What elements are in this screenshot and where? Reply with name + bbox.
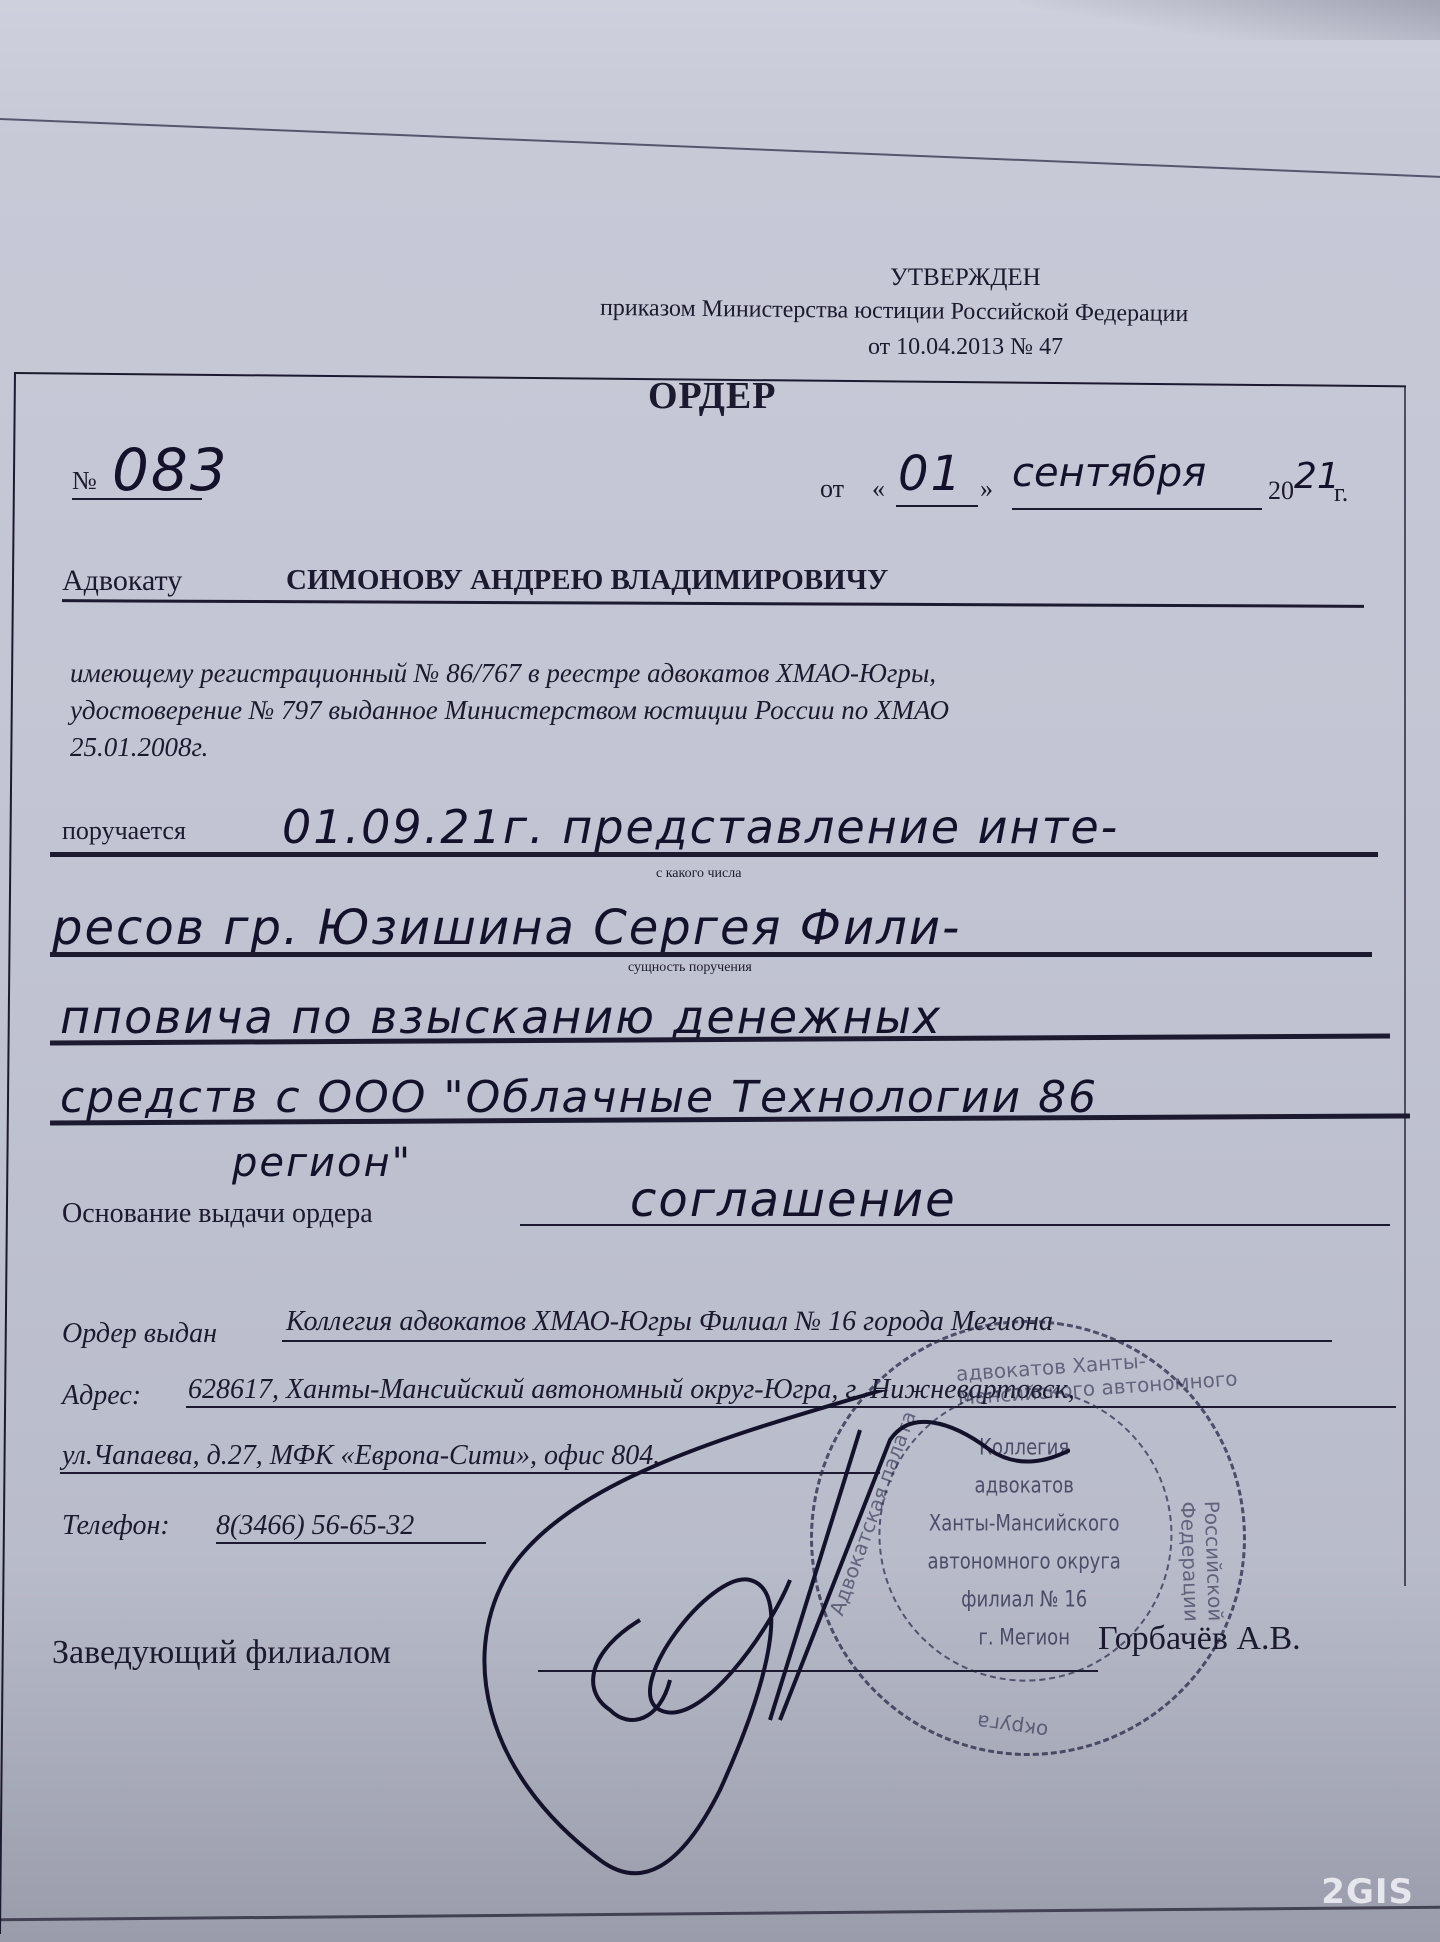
- basis-value: соглашение: [630, 1172, 957, 1228]
- document-title: ОРДЕР: [648, 374, 776, 418]
- caption-essence: сущность поручения: [628, 960, 752, 976]
- assignment-underline-2: [50, 952, 1372, 957]
- assignment-underline-1: [50, 852, 1378, 857]
- watermark-logo: 2GIS: [1321, 1872, 1414, 1912]
- assignment-label: поручается: [62, 816, 186, 846]
- assignment-line-2: ресов гр. Юзишина Сергея Фили-: [52, 900, 961, 956]
- order-number-label: №: [72, 466, 97, 496]
- approved-order-line: приказом Министерства юстиции Российской…: [600, 295, 1189, 328]
- document-frame-right: [1404, 386, 1406, 1586]
- page-corner-shadow: [1020, 0, 1440, 40]
- order-number-underline: [72, 498, 202, 500]
- address-label: Адрес:: [62, 1380, 141, 1412]
- date-month-underline: [1012, 508, 1262, 510]
- advocate-label: Адвокату: [62, 564, 182, 598]
- phone-value: 8(3466) 56-65-32: [216, 1510, 414, 1542]
- date-year-end: г.: [1334, 478, 1348, 508]
- approved-order-ref: от 10.04.2013 № 47: [868, 334, 1063, 361]
- issued-value: Коллегия адвокатов ХМАО-Югры Филиал № 16…: [286, 1306, 1053, 1338]
- phone-underline: [216, 1542, 486, 1544]
- date-month: сентября: [1012, 450, 1206, 496]
- caption-from-date: с какого числа: [656, 866, 741, 882]
- date-quote-close: »: [980, 474, 993, 504]
- assignment-line-5: регион": [232, 1140, 412, 1186]
- advocate-name: СИМОНОВУ АНДРЕЮ ВЛАДИМИРОВИЧУ: [286, 564, 888, 597]
- date-day: 01: [898, 446, 963, 502]
- date-quote-open: «: [872, 474, 885, 504]
- signature-name: Горбачёв А.В.: [1098, 1620, 1301, 1658]
- stamp-ring-right: Российской Федерации: [1176, 1500, 1228, 1622]
- signature-label: Заведующий филиалом: [52, 1634, 391, 1672]
- order-number-value: 083: [112, 436, 229, 504]
- date-prefix: от: [820, 474, 844, 504]
- advocate-details-line1: имеющему регистрационный № 86/767 в реес…: [70, 658, 936, 689]
- assignment-line-1: 01.09.21г. представление инте-: [282, 800, 1119, 854]
- approved-heading: УТВЕРЖДЕН: [890, 264, 1041, 292]
- advocate-details-line2: удостоверение № 797 выданное Министерств…: [70, 695, 949, 726]
- date-day-underline: [896, 505, 978, 507]
- date-year-suffix: 21: [1294, 456, 1340, 497]
- basis-underline: [520, 1224, 1390, 1226]
- advocate-details-line3: 25.01.2008г.: [70, 732, 208, 763]
- issued-label: Ордер выдан: [62, 1318, 217, 1350]
- date-year-prefix: 20: [1268, 476, 1294, 506]
- phone-label: Телефон:: [62, 1510, 170, 1542]
- issued-underline: [282, 1340, 1332, 1342]
- basis-label: Основание выдачи ордера: [62, 1198, 373, 1230]
- handwritten-signature: [470, 1390, 1070, 1910]
